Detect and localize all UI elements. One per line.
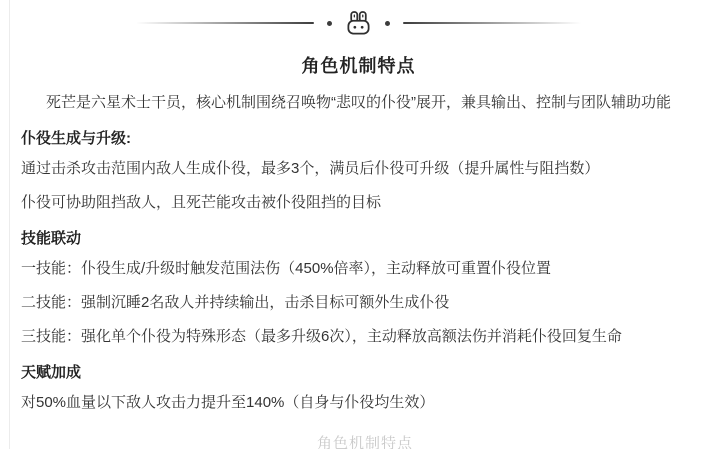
footer-caption: 角色机制特点	[10, 434, 720, 449]
paragraph-talent-1: 对50%血量以下敌人攻击力提升至140%（自身与仆役均生效）	[21, 393, 696, 413]
divider-line-right	[403, 22, 581, 24]
paragraph-servant-generation-1: 通过击杀攻击范围内敌人生成仆役，最多3个，满员后仆役可升级（提升属性与阻挡数）	[21, 159, 696, 179]
article-body: 仆役生成与升级: 通过击杀攻击范围内敌人生成仆役，最多3个，满员后仆役可升级（提…	[21, 129, 696, 413]
paragraph-servant-generation-2: 仆役可协助阻挡敌人，且死芒能攻击被仆役阻挡的目标	[21, 193, 696, 213]
intro-paragraph: 死芒是六星术士干员，核心机制围绕召唤物“悲叹的仆役”展开，兼具输出、控制与团队辅…	[21, 93, 696, 113]
article-page: 角色机制特点 死芒是六星术士干员，核心机制围绕召唤物“悲叹的仆役”展开，兼具输出…	[9, 0, 720, 449]
divider-dot-left	[327, 21, 332, 26]
paragraph-skill-2: 二技能：强制沉睡2名敌人并持续输出，击杀目标可额外生成仆役	[21, 293, 696, 313]
page-title: 角色机制特点	[21, 54, 696, 78]
header-divider	[21, 0, 696, 36]
divider-line-left	[136, 22, 314, 24]
section-heading-talent-bonus: 天赋加成	[21, 363, 696, 383]
paragraph-skill-1: 一技能：仆役生成/升级时触发范围法伤（450%倍率），主动释放可重置仆役位置	[21, 259, 696, 279]
paragraph-skill-3: 三技能：强化单个仆役为特殊形态（最多升级6次），主动释放高额法伤并消耗仆役回复生…	[21, 327, 696, 347]
divider-dot-right	[385, 21, 390, 26]
section-heading-servant-generation: 仆役生成与升级:	[21, 129, 696, 149]
rabbit-icon	[345, 10, 372, 37]
section-heading-skill-synergy: 技能联动	[21, 229, 696, 249]
